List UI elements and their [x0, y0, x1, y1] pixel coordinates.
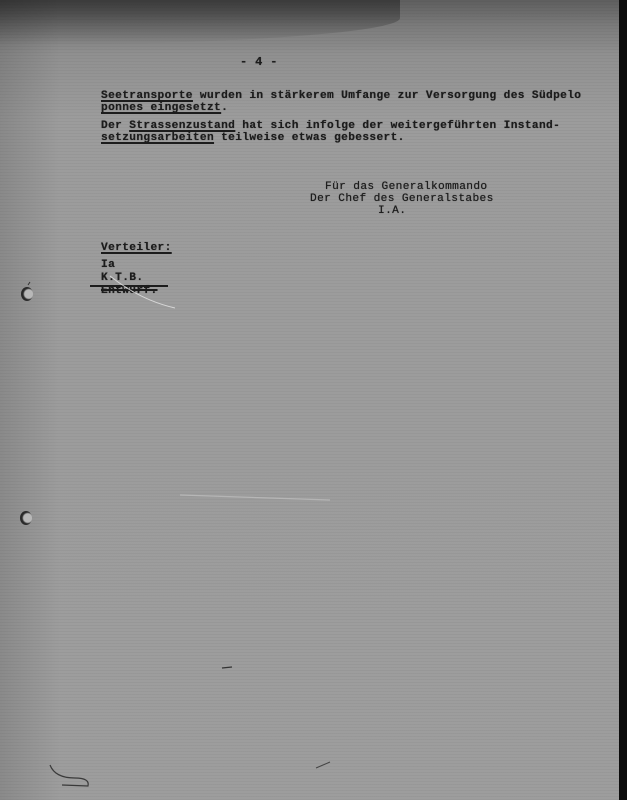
scan-edge [619, 0, 627, 800]
document-page: - 4 - Seetransporte wurden in stärkerem … [0, 0, 619, 800]
scan-artifacts [0, 0, 619, 800]
